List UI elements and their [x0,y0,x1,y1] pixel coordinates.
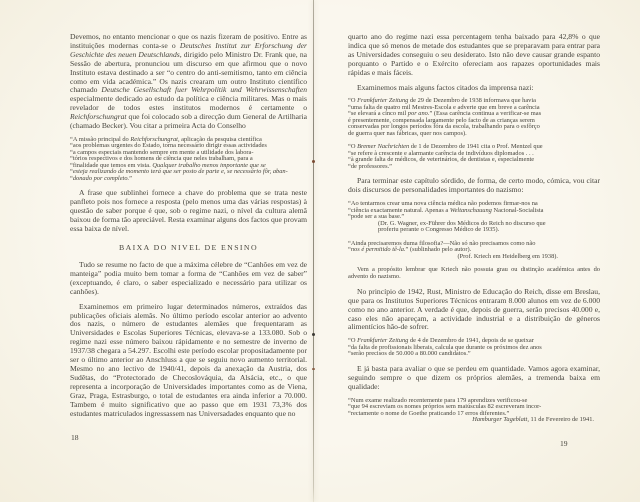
section-heading: BAIXA DO NIVEL DE ENSINO [70,243,307,252]
text-run: especialmente dedicado ao estudo da polí… [70,94,307,112]
quote-block: “O Frankfurter Zeitung de 4 de Dezembro … [348,338,600,358]
quote-block: “Ao tentarmos crear uma nova ciência méd… [348,201,600,234]
text-run: Deutsche Gesellschaft fuer Wehrpolitik u… [101,85,307,94]
paragraph: Examinemos mais alguns factos citados da… [348,84,600,93]
text-run: Examinemos em primeiro lugar determinado… [70,302,307,418]
text-run: , 11 de Fevereiro de 1941. [527,416,594,423]
spine-speck [312,160,315,163]
page-number-left: 18 [71,433,79,442]
quote-line: (Prof. Kriech em Heidelberg em 1938). [348,254,558,261]
quote-line: “serão precisos de 50.000 a 80.000 candi… [348,351,600,358]
quote-block: “A missão principal do Reichforschungrat… [70,137,307,183]
quote-line: proferiu perante o Congresso Médico de 1… [378,227,600,234]
paragraph: Devemos, no entanto mencionar o que os n… [70,33,307,131]
paragraph: Para terminar este capítulo sórdido, de … [348,177,600,195]
text-run: quarto ano do regime nazi essa percentag… [348,32,600,77]
text-run: Hamburger Tageblatt [472,416,527,423]
spine-speck [312,333,315,336]
book-scan: Devemos, no entanto mencionar o que os n… [0,0,640,502]
text-run: E já basta para avaliar o que se perdeu … [348,364,600,391]
text-run: No princípio de 1942, Rust, Ministro de … [348,287,600,332]
text-run: BAIXA DO NIVEL DE ENSINO [119,243,258,252]
text-run: nos é permitido tê-la. [351,246,406,253]
paragraph: No princípio de 1942, Rust, Ministro de … [348,288,600,333]
paragraph: quarto ano do regime nazi essa percentag… [348,33,600,78]
text-run: Tudo se resume no facto de que a máxima … [70,260,307,296]
paragraph: A frase que sublinhei fornece a chave do… [70,189,307,234]
paragraph: Examinemos em primeiro lugar determinado… [70,303,307,419]
text-run: A frase que sublinhei fornece a chave do… [70,188,307,233]
text-run: de guerra quer nas fábricas, quer nos ca… [348,130,467,137]
note-paragraph: Vem a propósito lembrar que Kriech não p… [348,267,600,281]
paragraph: E já basta para avaliar o que se perdeu … [348,365,600,392]
quote-line: de guerra quer nas fábricas, quer nos ca… [348,131,600,138]
quote-block: “Ainda precisaremos duma filosofia?—Não … [348,241,600,261]
text-run: Weltanschauung [450,207,492,214]
text-run: Nacional-Socialista [492,207,544,214]
page-left: Devemos, no entanto mencionar o que os n… [70,33,307,424]
quote-line: “donado por completo.” [70,176,307,183]
text-run: Vem a propósito lembrar que Kriech não p… [348,266,600,280]
page-right: quarto ano do regime nazi essa percentag… [348,33,600,431]
text-run: ” [129,175,132,182]
text-run: Para terminar este capítulo sórdido, de … [348,176,600,194]
text-run: proferiu perante o Congresso Médico de 1… [378,226,499,233]
paragraph: Tudo se resume no facto de que a máxima … [70,261,307,297]
text-run: Examinemos mais alguns factos citados da… [357,83,534,92]
text-run: (Prof. Kriech em Heidelberg em 1938). [457,253,558,260]
quote-block: “Num exame realizado recentemente para 1… [348,398,600,424]
text-run: Reichforschungrat [70,112,127,121]
quote-block: “O Bremer Nachrichten de 1 de Dezembro d… [348,144,600,170]
text-run: “serão precisos de 50.000 a 80.000 candi… [348,350,471,357]
text-run: “de professores.” [348,163,392,170]
spine-speck [312,368,315,370]
quote-line: Hamburger Tageblatt, 11 de Fevereiro de … [348,417,594,424]
spine-gutter-line [313,0,314,502]
text-run: donado por completo. [73,175,129,182]
page-number-right: 19 [560,439,568,448]
quote-block: “O Frankfurter Zeitung de 29 de Dezembro… [348,98,600,137]
quote-line: “de professores.” [348,164,600,171]
